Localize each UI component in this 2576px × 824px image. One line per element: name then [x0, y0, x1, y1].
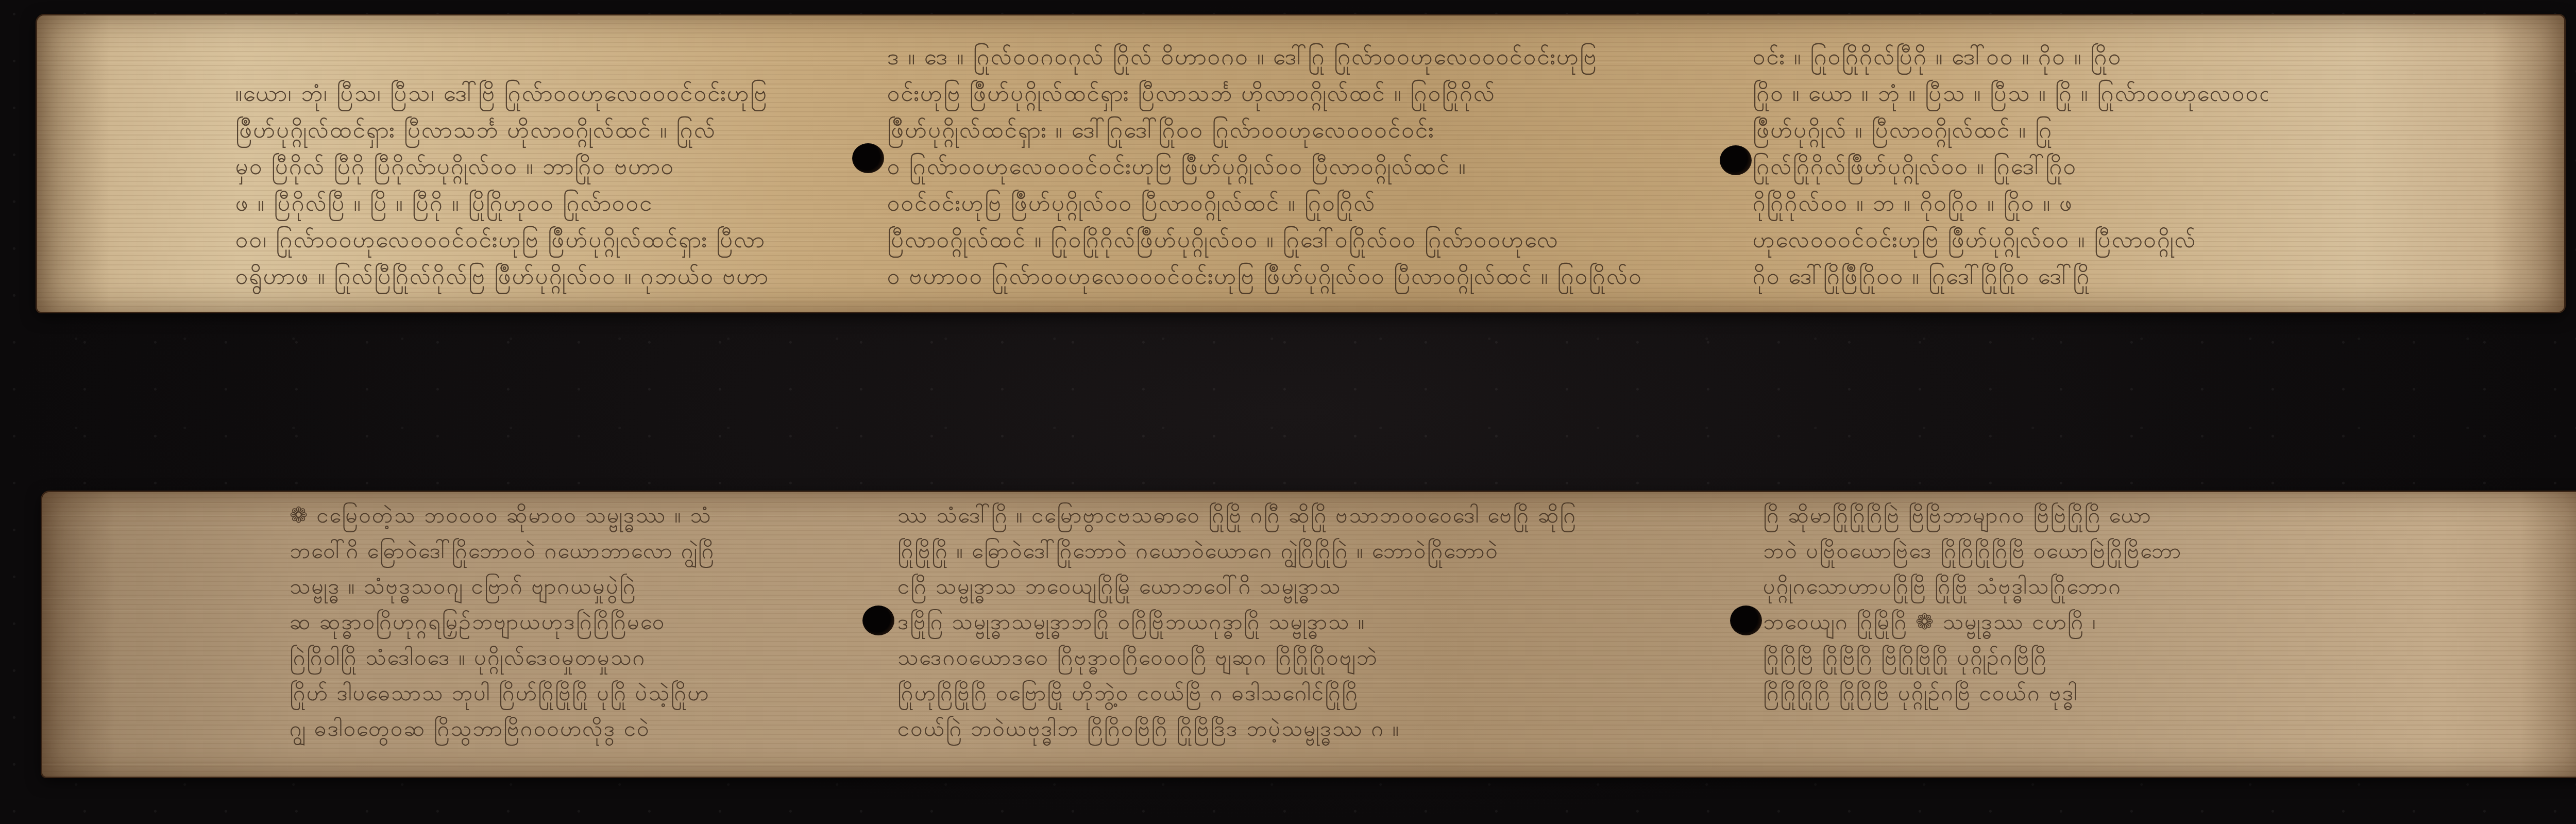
script-line: ဂြုလ်ဂြိုဂိုလ်ဖြိဳဟ်ပုဂ္ဂိုလ်ဝဝ ။ ဂြုဒေါ…: [1753, 148, 2268, 185]
script-line: ဖြိဳဟ်ပုဂ္ဂိုလ် ။ ပြီလာဝဂ္ဂိုလ်ထင် ။ ဂြု: [1753, 112, 2268, 148]
script-line: ဖ ။ ပြီဂိုလ်ပြီ ။ ပြိ ။ ပြီဂို ။ ပြိုဂြိ…: [235, 185, 843, 222]
script-line: ဂြိုဂြိဗြိ ဂြိုဗြိဂြိ ဗြိဂြိုဗြိုဂြို ပု…: [1763, 640, 2319, 675]
script-line: ဒ ။ ဒေ ။ ဂြုလ်ဝဝဂဝဂုလ် ဂြိုလ် ဝိဟာဝဂဝ ။ …: [887, 39, 1732, 75]
binding-hole: [1730, 606, 1762, 635]
script-line: ဂိုဂြိုဂိုလ်ဝဝ ။ ဘ ။ ဂိုဝဂြိုဝ ။ ဂြိုဝ ။…: [1753, 185, 2268, 222]
script-block-center: ဒ ။ ဒေ ။ ဂြုလ်ဝဝဂဝဂုလ် ဂြိုလ် ဝိဟာဝဂဝ ။ …: [887, 39, 1732, 295]
script-line: ဿ သံဒေါ်ဂြိ ။ ငမြောဗွာငဗသဓာဝေ ဂြိုဗြို ဂ…: [897, 497, 1748, 533]
script-line: သမ္ဗုဒ္ဓ ။ သံဗုဒ္ဓသဝဂျ ငဗြာဂ် ဗျာဂယမှုပွ…: [290, 568, 846, 604]
script-block-center: ဿ သံဒေါ်ဂြိ ။ ငမြောဗွာငဗသဓာဝေ ဂြိုဗြို ဂ…: [897, 497, 1748, 746]
script-line: ဝ ဂြုလ်ာဝဝဟုလေဝဝဝင်ဝင်းဟုဗြ ဖြိဳဟ်ပုဂ္ဂိ…: [887, 148, 1732, 185]
script-line: ဆ ဆုဒ္ဓာဝဂြိဟုဂ္ဂရမြှဥ်ဘဗျာယဟုဒဂြဲဂြိဂြိ…: [290, 604, 846, 640]
script-line: ဘဝဲ ပဗြိုဝယောဗြဲဒေ ဂြိုဂြိဂြိုဂြိဗြိ ဝယေ…: [1763, 533, 2319, 568]
script-line: ဒဗြိုဂြ သမ္ဗုဒ္ဓာသမ္ဗုဒ္ဓာဘဂြို ဝဂြိဗြို…: [897, 604, 1748, 640]
leaf-edge-stain: [2520, 492, 2576, 777]
binding-hole: [852, 143, 884, 173]
script-line: သဒေဂဝယောဒဝေ ဂြိဗုဒ္ဓာဝဂြိဝေဝဝဂြိ ဗျဆုဂ ဂ…: [897, 640, 1748, 675]
leaf-edge-stain: [37, 15, 109, 312]
script-line: ဘဝေယျဂ ဂြိုမြိုဂြိ ❁ သမ္ဗုဒ္ဓဿ ငဟဂြိ ၊: [1763, 604, 2319, 640]
script-line: ဝင်း ။ ဂြုဝဂြိုဂိုလ်ပြီဂို ။ ဒေါ်ဝဝ ။ ဂိ…: [1753, 39, 2268, 75]
binding-hole: [1720, 145, 1752, 175]
script-line: ဝဝ၊ ဂြုလ်ာဝဝဟုလေဝဝဝင်ဝင်းဟုဗြ ဖြိဳဟ်ပုဂ္…: [235, 222, 843, 258]
script-block-left: ။ယော၊ ဘုံ၊ ပြီသ၊ ပြီသ၊ ဒေါ်ဗြိ ဂြုလ်ာဝဝဟ…: [235, 39, 843, 295]
script-line: ဖြိဳဟ်ပုဂ္ဂိုလ်ထင်ရှား ပြီလာသင်္ဘ ဟိုလာဝ…: [235, 112, 843, 148]
script-line: ဖြိဳဟ်ပုဂ္ဂိုလ်ထင်ရှား ။ ဒေါ်ဂြုဒေါ်ဂြို…: [887, 112, 1732, 148]
script-line: ပုဂ္ဂိုဂသောဟာပဂြိုဗြိ ဂြိုဗြို သံဗုဒ္ဓါသ…: [1763, 568, 2319, 604]
script-line: ငဝယ်ဂြဲ ဘဝဲယဗုဒ္ဓါဘ ဂြိဂြိဝဗြိဂြိ ဂြိုဗြ…: [897, 711, 1748, 746]
script-line: [235, 39, 843, 75]
script-line: ဂြိ ဆိုမာဂြိုဂြိုဂြိဗြဲ ဗြိဗြိဘာမျာဂဝ ဗြ…: [1763, 497, 2319, 533]
script-line: ဝရွိဟာဖ ။ ဂြုလ်ပြီဂြိုလ်ဂိုလ်ဗြ ဖြိဳဟ်ပု…: [235, 258, 843, 295]
leaf-edge-stain: [42, 492, 114, 777]
leaf-edge-stain: [2492, 15, 2564, 312]
lower-palm-leaf: ❁ ငမြေဝတဲ့သ ဘဝဝဝဝ ဆိုမာဝဝ သမ္ဗုဒ္ဓဿ ။ သံ…: [42, 492, 2576, 777]
script-line: ဂြိုဟ် ဒါပဓေသာသ ဘုပါ ဂြိဟ်ဂြိုဗြိုဂြို ပ…: [290, 675, 846, 711]
script-line: ဂြိဂြိုဂြိုဂြိ ဂြိုဂြိဗြိ ပုဂ္ဂိုဥ်ဂဗြိ …: [1763, 675, 2319, 711]
script-line: မှဝ ပြီဂိုလ် ပြီဂို ပြီဂိုလ်ာပုဂ္ဂိုလ်ဝဝ…: [235, 148, 843, 185]
script-line: ဟုလေဝဝဝင်ဝင်းဟုဗြ ဖြိဳဟ်ပုဂ္ဂိုလ်ဝဝ ။ ပြ…: [1753, 222, 2268, 258]
upper-palm-leaf: ။ယော၊ ဘုံ၊ ပြီသ၊ ပြီသ၊ ဒေါ်ဗြိ ဂြုလ်ာဝဝဟ…: [37, 15, 2564, 312]
script-line: ။ယော၊ ဘုံ၊ ပြီသ၊ ပြီသ၊ ဒေါ်ဗြိ ဂြုလ်ာဝဝဟ…: [235, 75, 843, 112]
script-line: ဝင်းဟုဗြ ဖြိဳဟ်ပုဂ္ဂိုလ်ထင်ရှား ပြီလာသင်…: [887, 75, 1732, 112]
script-block-right: ဝင်း ။ ဂြုဝဂြိုဂိုလ်ပြီဂို ။ ဒေါ်ဝဝ ။ ဂိ…: [1753, 39, 2268, 295]
script-line: ဂျွ ဓဒါဝတွေဝဆ ဂြိသွဘာဗြိဂဝဝဟလိုဒွ ငဝဲ: [290, 711, 846, 746]
script-line: ဂိုဝ ဒေါ်ဂြိုဖြိဳဂြိုဝဝ ။ ဂြုဒေါ်ဂြိုဂြိ…: [1753, 258, 2268, 295]
script-line: ❁ ငမြေဝတဲ့သ ဘဝဝဝဝ ဆိုမာဝဝ သမ္ဗုဒ္ဓဿ ။ သံ: [290, 497, 846, 533]
script-line: ဝဝင်ဝင်းဟုဗြ ဖြိဳဟ်ပုဂ္ဂိုလ်ဝဝ ပြီလာဝဂ္ဂ…: [887, 185, 1732, 222]
script-line: ဂြိုဟုဂြိဗြိုဂြိ ဝဗြောဗြို ဟိုဘွဲ့ဝ ငဝယ်…: [897, 675, 1748, 711]
script-line: ဂြဲဂြိဝါဂြို သံဒေါဝဒေ ။ ပုဂ္ဂိုလ်ဒေဝမှုတ…: [290, 640, 846, 675]
script-line: ဂြိုဗြိုဂြို ။ ဓြောဝဲဒေါ်ဂြိုဘောဝဲ ဂယောဝ…: [897, 533, 1748, 568]
script-block-right: ဂြိ ဆိုမာဂြိုဂြိုဂြိဗြဲ ဗြိဗြိဘာမျာဂဝ ဗြ…: [1763, 497, 2319, 711]
script-block-left: ❁ ငမြေဝတဲ့သ ဘဝဝဝဝ ဆိုမာဝဝ သမ္ဗုဒ္ဓဿ ။ သံ…: [290, 497, 846, 746]
binding-hole: [862, 606, 894, 635]
script-line: ငဂြိ သမ္ဗုဒ္ဓာသ ဘဝေယျဂြိုမြို ယောဘဝေါ်ဂိ…: [897, 568, 1748, 604]
script-line: ဂြိုဝ ။ ယော ။ ဘုံ ။ ပြီသ ။ ပြီသ ။ ဂြို ။…: [1753, 75, 2268, 112]
script-line: ဘဝေါ်ဂိ ဓြောဝဲဒေါ်ဂြိုဘောဝဝဲ ဂယောဘာလော ဂ…: [290, 533, 846, 568]
script-line: ဝ ဗဟာဝဝ ဂြုလ်ာဝဝဟုလေဝဝဝင်ဝင်းဟုဗြ ဖြိဳဟ်…: [887, 258, 1732, 295]
script-line: ပြီလာဝဂ္ဂိုလ်ထင် ။ ဂြုဝဂြိုဂိုလ်ဖြိဳဟ်ပု…: [887, 222, 1732, 258]
